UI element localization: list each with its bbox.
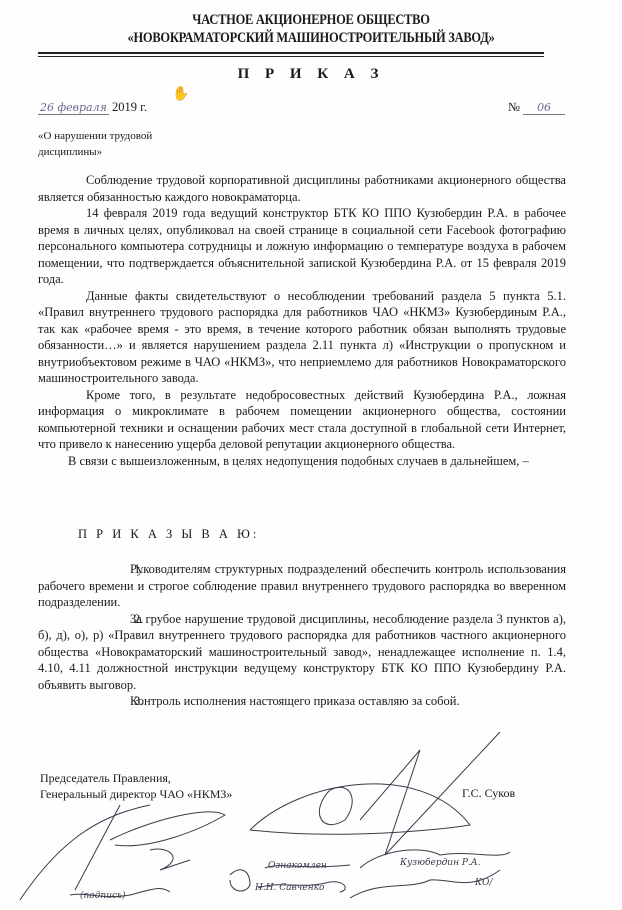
handwritten-date: 26 февраля <box>38 101 109 115</box>
item-number: 2. <box>86 611 130 628</box>
paragraph: Соблюдение трудовой корпоративной дисцип… <box>38 172 566 205</box>
number-value: 06 <box>523 101 565 115</box>
org-name-line1: ЧАСТНОЕ АКЦИОНЕРНОЕ ОБЩЕСТВО <box>44 12 579 29</box>
number-label: № <box>508 100 520 114</box>
order-item: 2.За грубое нарушение трудовой дисциплин… <box>38 611 566 694</box>
order-number: № 06 <box>508 100 565 115</box>
order-item: 3.Контроль исполнения настоящего приказа… <box>38 693 566 710</box>
org-name-line2: «НОВОКРАМАТОРСКИЙ МАШИНОСТРОИТЕЛЬНЫЙ ЗАВ… <box>44 30 579 47</box>
svg-text:Н.Н. Савченко: Н.Н. Савченко <box>254 883 325 893</box>
svg-text:Кузюбердин Р.А.: Кузюбердин Р.А. <box>399 857 481 868</box>
item-text: Контроль исполнения настоящего приказа о… <box>130 694 460 708</box>
item-number: 1. <box>86 561 130 578</box>
svg-text:КО/: КО/ <box>474 878 493 888</box>
note-acknowledged: Ознакомлен <box>268 861 327 871</box>
handwritten-signatures: Ознакомлен Кузюбердин Р.А. Н.Н. Савченко… <box>0 720 622 910</box>
document-page: ЧАСТНОЕ АКЦИОНЕРНОЕ ОБЩЕСТВО «НОВОКРАМАТ… <box>0 0 622 910</box>
svg-text:(подпись): (подпись) <box>80 890 126 901</box>
paragraph: Кроме того, в результате недобросовестны… <box>38 387 566 453</box>
item-number: 3. <box>86 693 130 710</box>
date-year: 2019 г. <box>112 100 147 114</box>
doc-title: П Р И К А З <box>0 66 622 83</box>
order-items: 1.Руководителям структурных подразделени… <box>38 561 566 710</box>
paragraph: Данные факты свидетельствуют о несоблюде… <box>38 288 566 387</box>
order-item: 1.Руководителям структурных подразделени… <box>38 561 566 611</box>
paragraph: 14 февраля 2019 года ведущий конструктор… <box>38 205 566 288</box>
header-rule-thin <box>38 56 544 57</box>
header-rule <box>38 52 544 54</box>
body-text: Соблюдение трудовой корпоративной дисцип… <box>38 172 566 469</box>
paragraph: В связи с вышеизложенным, в целях недопу… <box>38 453 566 470</box>
order-subject: «О нарушении трудовой дисциплины» <box>38 128 198 160</box>
hand-cursor-icon: ✋ <box>172 86 189 103</box>
order-date: 26 февраля 2019 г. <box>38 100 147 115</box>
order-heading: П Р И К А З Ы В А Ю: <box>78 527 259 542</box>
